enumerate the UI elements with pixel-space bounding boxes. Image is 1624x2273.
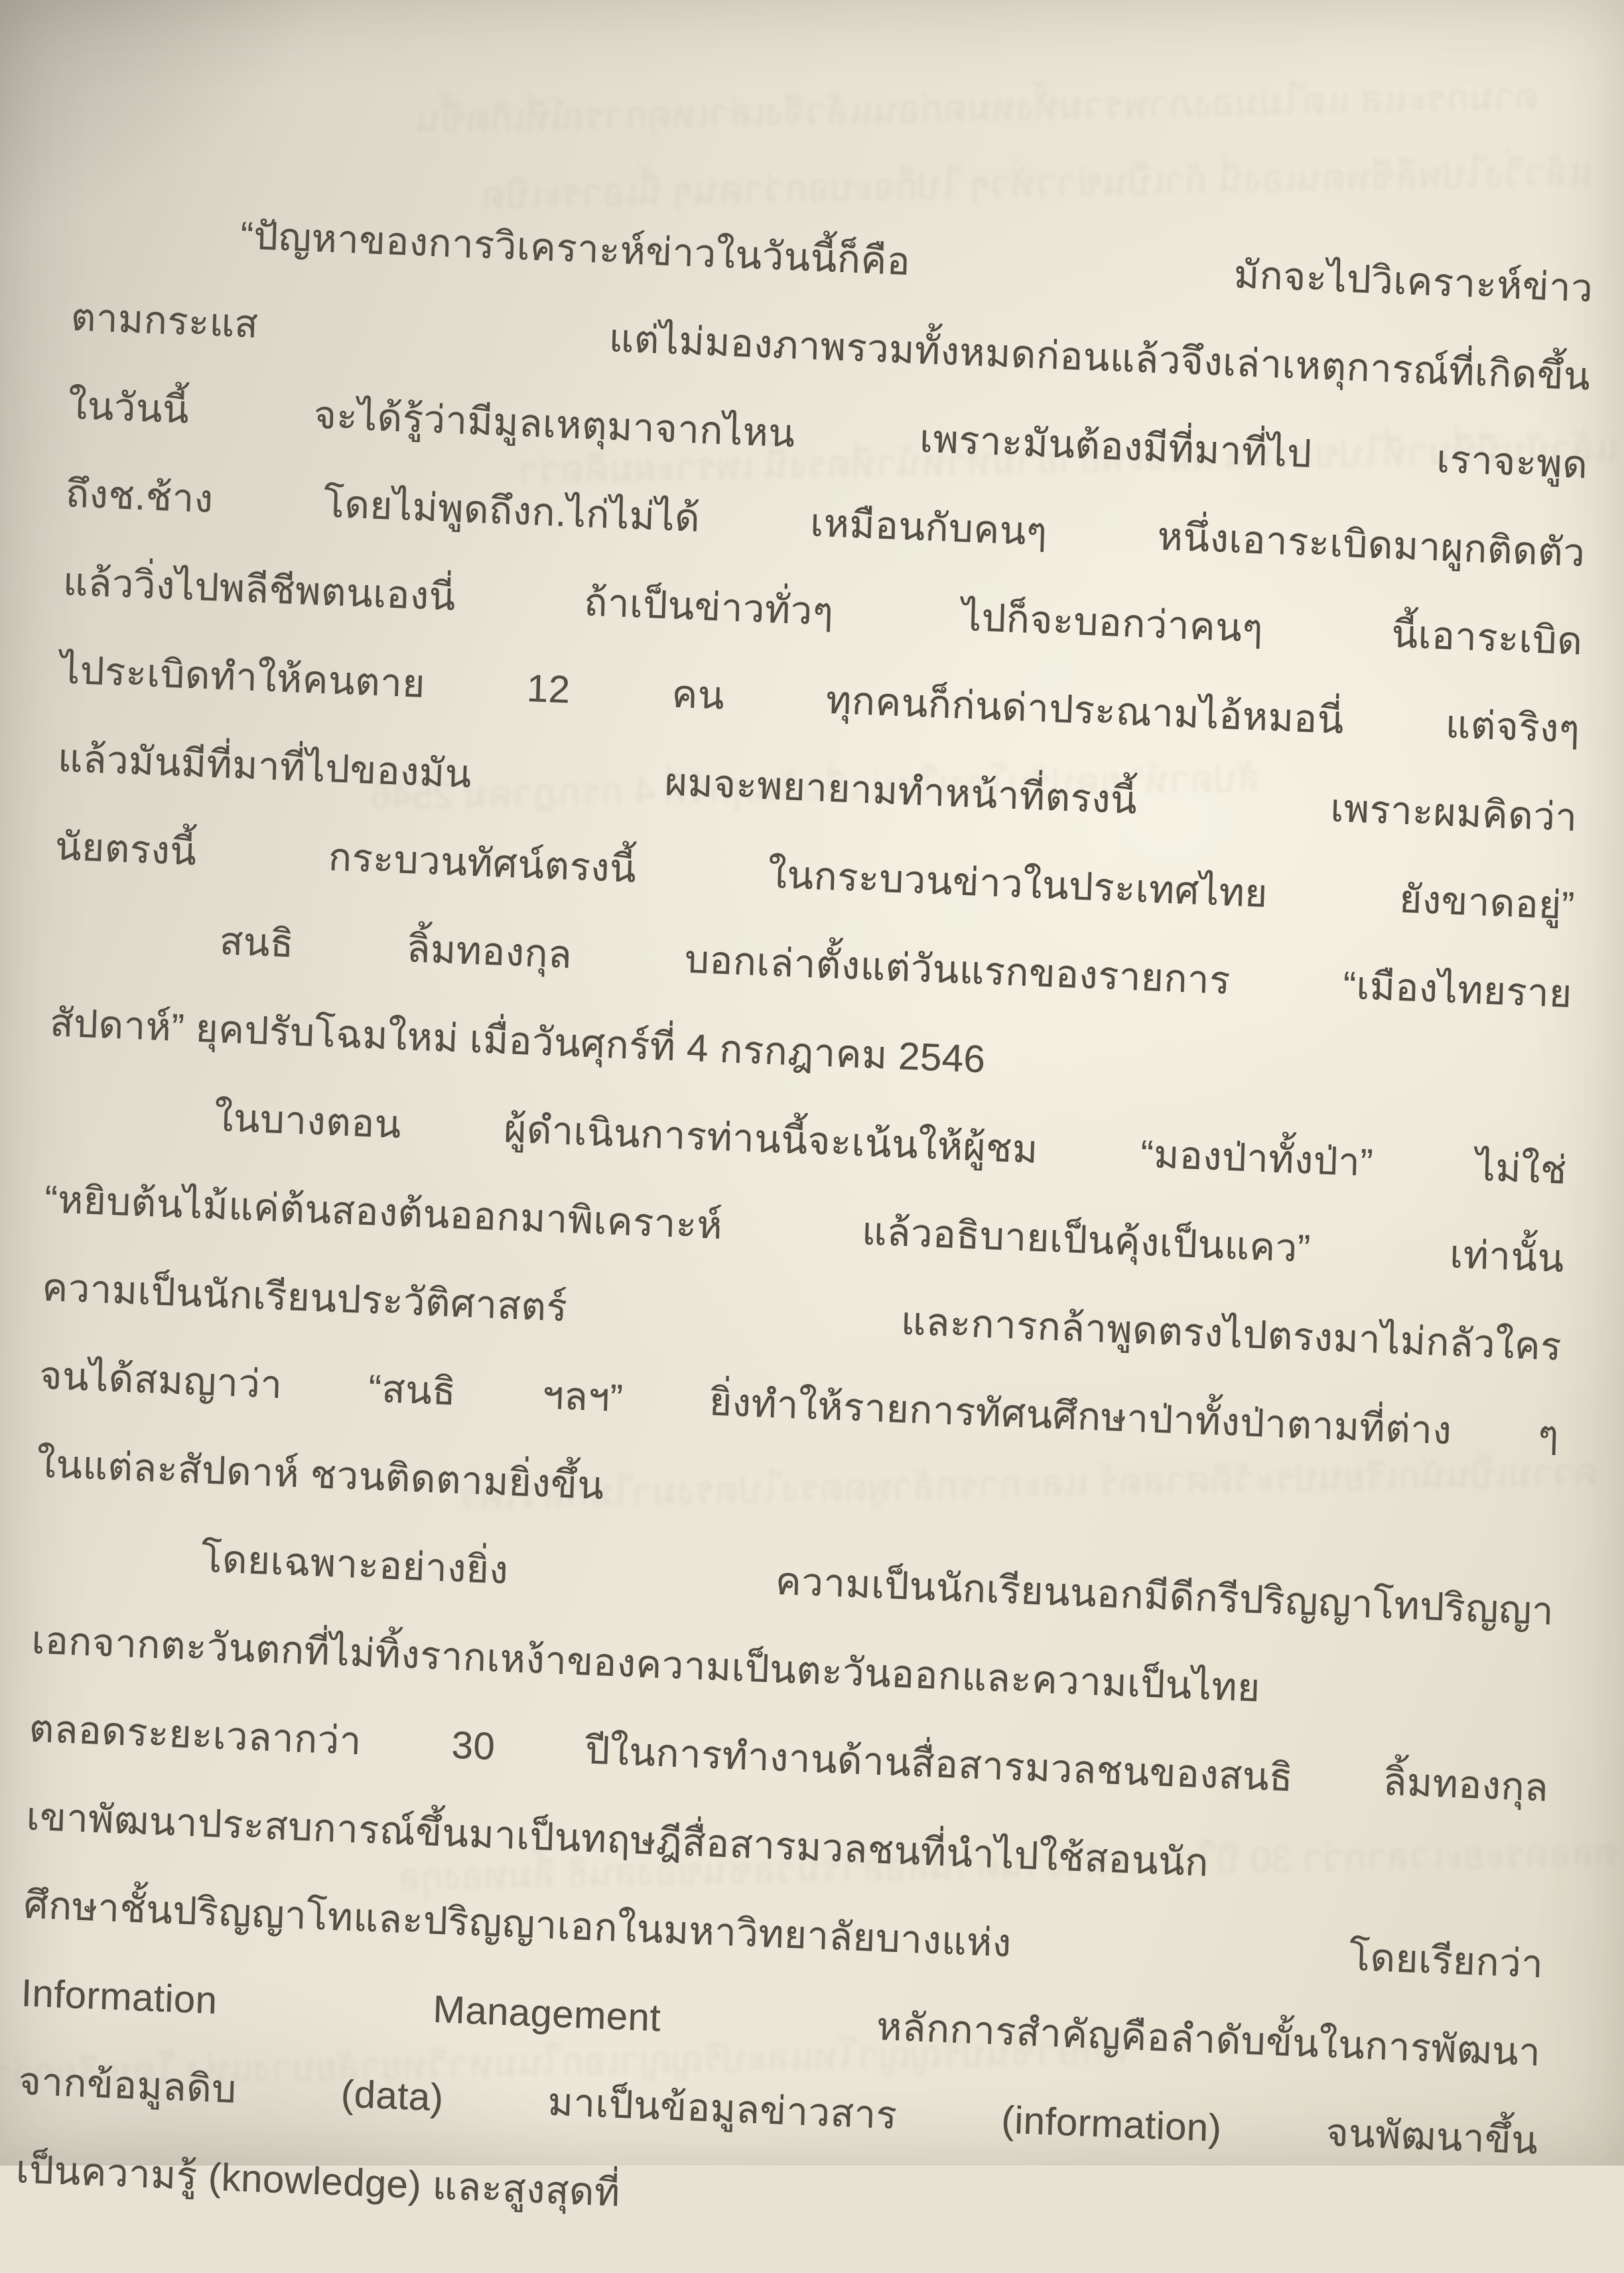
book-page-photo: ตามกระแส แต่ไม่มองภาพรวมทั้งหมดก่อนแล้วจ…: [0, 0, 1624, 2166]
ghost-line: แล้ววิ่งไปพลีชีพตนเองนี่ ถ้าเป็นข่าวทั่ว…: [596, 142, 1593, 222]
ghost-line: ตามกระแส แต่ไม่มองภาพรวมทั้งหมดก่อนแล้วจ…: [278, 66, 1539, 152]
page-text: “ปัญหาของการวิเคราะห์ข่าวในวันนี้ก็คือ ม…: [15, 185, 1594, 2166]
